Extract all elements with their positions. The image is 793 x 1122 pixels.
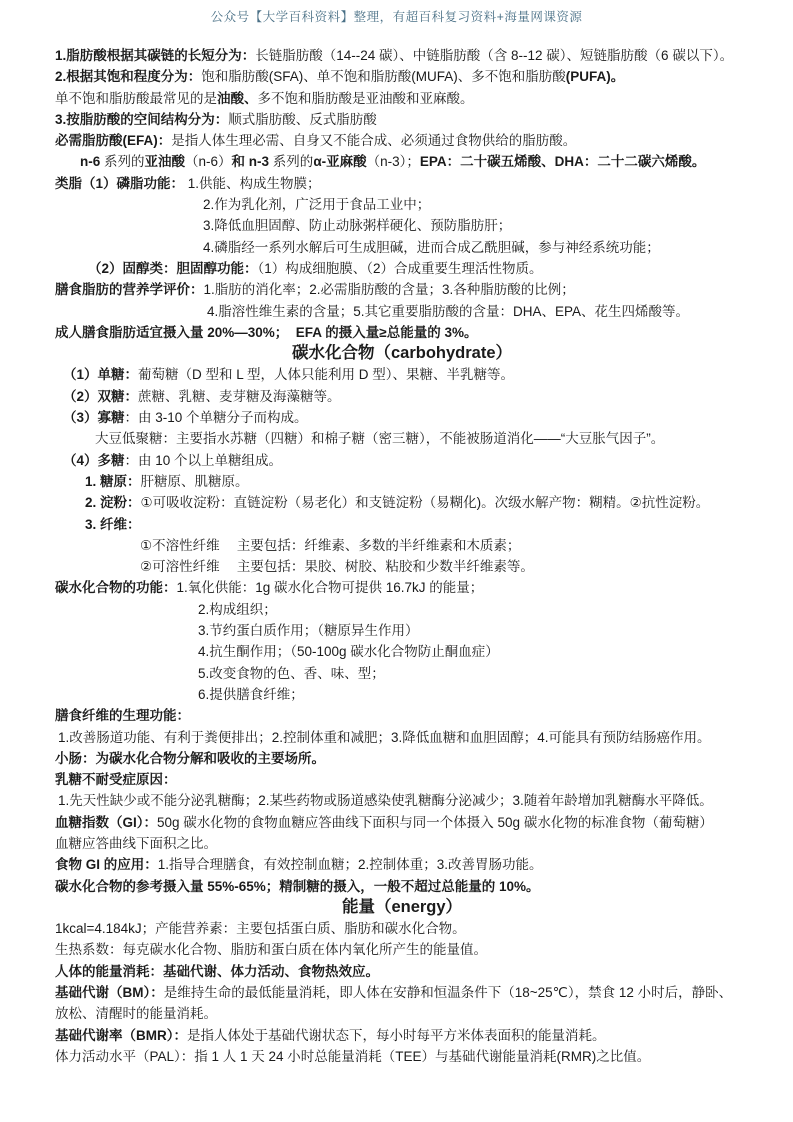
text-segment: 亚油酸	[145, 154, 186, 169]
text-line: 碳水化合物的功能：1.氧化供能：1g 碳水化合物可提供 16.7kJ 的能量；	[55, 577, 749, 598]
text-segment: 3. 纤维：	[85, 517, 141, 532]
text-segment: 1.脂肪酸根据其碳链的长短分为：	[55, 48, 255, 63]
document-page: 公众号【大学百科资料】整理，有超百科复习资料+海量网课资源 1.脂肪酸根据其碳链…	[0, 0, 793, 1122]
text-segment: 油酸、	[217, 91, 258, 106]
text-segment: （3）寡糖	[63, 410, 125, 425]
text-line: 血糖指数（GI）：50g 碳水化物的食物血糖应答曲线下面积与同一个体摄入 50g…	[55, 812, 749, 833]
text-segment: 蔗糖、乳糖、麦芽糖及海藻糖等。	[138, 389, 341, 404]
text-segment: EPA：二十碳五烯酸、DHA：二十二碳六烯酸。	[420, 154, 706, 169]
text-segment: ①不溶性纤维 主要包括：纤维素、多数的半纤维素和木质素；	[140, 538, 520, 553]
text-line: 2.根据其饱和程度分为：饱和脂肪酸(SFA)、单不饱和脂肪酸(MUFA)、多不饱…	[55, 66, 749, 87]
text-line: 膳食脂肪的营养学评价：1.脂肪的消化率；2.必需脂肪酸的含量；3.各种脂肪酸的比…	[55, 279, 749, 300]
text-line: 5.改变食物的色、香、味、型；	[55, 663, 749, 684]
text-segment: 3.按脂肪酸的空间结构分为：	[55, 112, 228, 127]
text-segment: 体力活动水平（PAL）：指 1 人 1 天 24 小时总能量消耗（TEE）与基础…	[55, 1049, 650, 1064]
text-line: 1.先天性缺少或不能分泌乳糖酶；2.某些药物或肠道感染使乳糖酶分泌减少；3.随着…	[55, 790, 749, 811]
text-segment: ②可溶性纤维 主要包括：果胶、树胶、粘胶和少数半纤维素等。	[140, 559, 534, 574]
text-segment: （1）单糖：	[63, 367, 138, 382]
text-segment: 基础代谢率（BMR）：	[55, 1028, 187, 1043]
text-segment: 血糖应答曲线下面积之比。	[55, 836, 217, 851]
text-line: 4.脂溶性维生素的含量；5.其它重要脂肪酸的含量：DHA、EPA、花生四烯酸等。	[55, 301, 749, 322]
text-segment: n-6	[80, 154, 100, 169]
text-line: 1.改善肠道功能、有利于粪便排出；2.控制体重和减肥；3.降低血糖和血胆固醇；4…	[55, 727, 749, 748]
text-segment: 1. 糖原：	[85, 474, 141, 489]
text-segment: 小肠：为碳水化合物分解和吸收的主要场所。	[55, 751, 325, 766]
text-segment: 2.根据其饱和程度分为：	[55, 69, 201, 84]
text-segment: （4）多糖	[63, 453, 125, 468]
text-line: 大豆低聚糖：主要指水苏糖（四糖）和棉子糖（密三糖），不能被肠道消化——“大豆胀气…	[55, 428, 749, 449]
text-line: （2）双糖：蔗糖、乳糖、麦芽糖及海藻糖等。	[55, 386, 749, 407]
text-segment: 单不饱和脂肪酸最常见的是	[55, 91, 217, 106]
text-segment: 顺式脂肪酸、反式脂肪酸	[228, 112, 377, 127]
text-segment: 1.氧化供能：1g 碳水化合物可提供 16.7kJ 的能量；	[177, 580, 484, 595]
text-line: 类脂（1）磷脂功能： 1.供能、构成生物膜；	[55, 173, 749, 194]
text-segment: 1.脂肪的消化率；2.必需脂肪酸的含量；3.各种脂肪酸的比例；	[204, 282, 575, 297]
text-line: 基础代谢（BM）：是维持生命的最低能量消耗，即人体在安静和恒温条件下（18~25…	[55, 982, 749, 1003]
text-segment: 基础代谢（BM）：	[55, 985, 164, 1000]
text-line: 人体的能量消耗：基础代谢、体力活动、食物热效应。	[55, 961, 749, 982]
text-segment: 50g 碳水化物的食物血糖应答曲线下面积与同一个体摄入 50g 碳水化物的标准食…	[157, 815, 713, 830]
text-segment: 肝糖原、肌糖原。	[141, 474, 249, 489]
text-line: 3.按脂肪酸的空间结构分为：顺式脂肪酸、反式脂肪酸	[55, 109, 749, 130]
text-segment: 2.作为乳化剂，广泛用于食品工业中；	[203, 197, 430, 212]
text-segment: 放松、清醒时的能量消耗。	[55, 1006, 217, 1021]
text-line: 6.提供膳食纤维；	[55, 684, 749, 705]
text-line: 3.降低血胆固醇、防止动脉粥样硬化、预防脂肪肝；	[55, 215, 749, 236]
text-segment: 膳食脂肪的营养学评价：	[55, 282, 204, 297]
text-line: 碳水化合物的参考摄入量 55%-65%；精制糖的摄入，一般不超过总能量的 10%…	[55, 876, 749, 897]
document-body: 1.脂肪酸根据其碳链的长短分为：长链脂肪酸（14--24 碳）、中链脂肪酸（含 …	[0, 25, 793, 1067]
text-segment: α-亚麻酸	[313, 154, 366, 169]
text-segment: 大豆低聚糖：主要指水苏糖（四糖）和棉子糖（密三糖），不能被肠道消化——“大豆胀气…	[95, 431, 664, 446]
text-line: n-6 系列的亚油酸（n-6）和 n-3 系列的α-亚麻酸（n-3）；EPA：二…	[55, 151, 749, 172]
text-segment: 饱和脂肪酸(SFA)、单不饱和脂肪酸(MUFA)、多不饱和脂肪酸	[201, 69, 566, 84]
text-line: ②可溶性纤维 主要包括：果胶、树胶、粘胶和少数半纤维素等。	[55, 556, 749, 577]
text-segment: 和 n-3	[232, 154, 270, 169]
text-line: 2. 淀粉：①可吸收淀粉：直链淀粉（易老化）和支链淀粉（易糊化)。次级水解产物：…	[55, 492, 749, 513]
text-line: 1. 糖原：肝糖原、肌糖原。	[55, 471, 749, 492]
text-segment: 5.改变食物的色、香、味、型；	[198, 666, 385, 681]
text-line: 生热系数：每克碳水化合物、脂肪和蛋白质在体内氧化所产生的能量值。	[55, 939, 749, 960]
text-line: 血糖应答曲线下面积之比。	[55, 833, 749, 854]
text-segment: ：由 10 个以上单糖组成。	[125, 453, 283, 468]
text-segment: 葡萄糖（D 型和 L 型，人体只能利用 D 型）、果糖、半乳糖等。	[138, 367, 514, 382]
page-header-note: 公众号【大学百科资料】整理，有超百科复习资料+海量网课资源	[0, 0, 793, 25]
text-line: 基础代谢率（BMR）：是指人体处于基础代谢状态下，每小时每平方米体表面积的能量消…	[55, 1025, 749, 1046]
text-segment: 必需脂肪酸(EFA)：	[55, 133, 171, 148]
text-segment: 乳糖不耐受症原因：	[55, 772, 177, 787]
text-segment: 人体的能量消耗：基础代谢、体力活动、食物热效应。	[55, 964, 379, 979]
text-segment: 碳水化合物（carbohydrate）	[292, 344, 512, 362]
text-segment: ：由 3-10 个单糖分子而构成。	[125, 410, 308, 425]
text-segment: (PUFA)。	[566, 69, 625, 84]
text-segment: 4.脂溶性维生素的含量；5.其它重要脂肪酸的含量：DHA、EPA、花生四烯酸等。	[207, 304, 689, 319]
text-line: （1）单糖：葡萄糖（D 型和 L 型，人体只能利用 D 型）、果糖、半乳糖等。	[55, 364, 749, 385]
text-line: （2）固醇类：胆固醇功能：（1）构成细胞膜、（2）合成重要生理活性物质。	[55, 258, 749, 279]
text-line: 1.脂肪酸根据其碳链的长短分为：长链脂肪酸（14--24 碳）、中链脂肪酸（含 …	[55, 45, 749, 66]
text-segment: 4.磷脂经一系列水解后可生成胆碱，进而合成乙酰胆碱，参与神经系统功能；	[203, 240, 660, 255]
text-line: （3）寡糖：由 3-10 个单糖分子而构成。	[55, 407, 749, 428]
text-line: 3. 纤维：	[55, 514, 749, 535]
text-line: 体力活动水平（PAL）：指 1 人 1 天 24 小时总能量消耗（TEE）与基础…	[55, 1046, 749, 1067]
text-segment: 血糖指数（GI）：	[55, 815, 157, 830]
text-line: 食物 GI 的应用：1.指导合理膳食，有效控制血糖；2.控制体重；3.改善胃肠功…	[55, 854, 749, 875]
text-segment: 1.指导合理膳食，有效控制血糖；2.控制体重；3.改善胃肠功能。	[158, 857, 543, 872]
text-segment: 1.先天性缺少或不能分泌乳糖酶；2.某些药物或肠道感染使乳糖酶分泌减少；3.随着…	[58, 793, 713, 808]
text-line: 3.节约蛋白质作用；（糖原异生作用）	[55, 620, 749, 641]
text-segment: （1）构成细胞膜、（2）合成重要生理活性物质。	[258, 261, 543, 276]
text-line: 4.磷脂经一系列水解后可生成胆碱，进而合成乙酰胆碱，参与神经系统功能；	[55, 237, 749, 258]
text-line: 放松、清醒时的能量消耗。	[55, 1003, 749, 1024]
text-line: 必需脂肪酸(EFA)：是指人体生理必需、自身又不能合成、必须通过食物供给的脂肪酸…	[55, 130, 749, 151]
text-segment: 1.改善肠道功能、有利于粪便排出；2.控制体重和减肥；3.降低血糖和血胆固醇；4…	[58, 730, 711, 745]
text-line: 1kcal=4.184kJ；产能营养素：主要包括蛋白质、脂肪和碳水化合物。	[55, 918, 749, 939]
text-segment: 2. 淀粉：	[85, 495, 141, 510]
text-segment: 膳食纤维的生理功能：	[55, 708, 190, 723]
text-segment: （n-6）	[185, 154, 232, 169]
text-segment: （n-3）；	[367, 154, 420, 169]
text-line: 2.构成组织；	[55, 599, 749, 620]
text-segment: 是维持生命的最低能量消耗，即人体在安静和恒温条件下（18~25℃），禁食 12 …	[164, 985, 732, 1000]
text-segment: 是指人体生理必需、自身又不能合成、必须通过食物供给的脂肪酸。	[171, 133, 576, 148]
text-segment: 4.抗生酮作用；（50-100g 碳水化合物防止酮血症）	[198, 644, 499, 659]
text-segment: 系列的	[269, 154, 313, 169]
text-line: 膳食纤维的生理功能：	[55, 705, 749, 726]
text-segment: 成人膳食脂肪适宜摄入量 20%—30%； EFA 的摄入量≥总能量的 3%。	[55, 325, 477, 340]
text-line: 单不饱和脂肪酸最常见的是油酸、多不饱和脂肪酸是亚油酸和亚麻酸。	[55, 88, 749, 109]
text-segment: （2）双糖：	[63, 389, 138, 404]
text-segment: 碳水化合物的功能：	[55, 580, 177, 595]
section-heading: 碳水化合物（carbohydrate）	[55, 343, 749, 364]
text-segment: 1kcal=4.184kJ；产能营养素：主要包括蛋白质、脂肪和碳水化合物。	[55, 921, 466, 936]
text-line: （4）多糖：由 10 个以上单糖组成。	[55, 450, 749, 471]
text-line: ①不溶性纤维 主要包括：纤维素、多数的半纤维素和木质素；	[55, 535, 749, 556]
text-segment: 2.构成组织；	[198, 602, 277, 617]
text-segment: 长链脂肪酸（14--24 碳）、中链脂肪酸（含 8--12 碳）、短链脂肪酸（6…	[255, 48, 733, 63]
text-segment: 多不饱和脂肪酸是亚油酸和亚麻酸。	[258, 91, 474, 106]
text-segment: 食物 GI 的应用：	[55, 857, 158, 872]
text-line: 4.抗生酮作用；（50-100g 碳水化合物防止酮血症）	[55, 641, 749, 662]
text-segment: 6.提供膳食纤维；	[198, 687, 304, 702]
text-line: 小肠：为碳水化合物分解和吸收的主要场所。	[55, 748, 749, 769]
text-line: 乳糖不耐受症原因：	[55, 769, 749, 790]
text-segment: 碳水化合物的参考摄入量 55%-65%；精制糖的摄入，一般不超过总能量的 10%…	[55, 879, 540, 894]
text-segment: （2）固醇类：胆固醇功能：	[88, 261, 258, 276]
text-segment: 3.节约蛋白质作用；（糖原异生作用）	[198, 623, 419, 638]
text-line: 2.作为乳化剂，广泛用于食品工业中；	[55, 194, 749, 215]
text-segment: 1.供能、构成生物膜；	[184, 176, 321, 191]
text-segment: 是指人体处于基础代谢状态下，每小时每平方米体表面积的能量消耗。	[187, 1028, 606, 1043]
section-heading: 能量（energy）	[55, 897, 749, 918]
text-segment: 生热系数：每克碳水化合物、脂肪和蛋白质在体内氧化所产生的能量值。	[55, 942, 487, 957]
text-segment: ①可吸收淀粉：直链淀粉（易老化）和支链淀粉（易糊化)。次级水解产物：糊精。②抗性…	[141, 495, 710, 510]
text-segment: 能量（energy）	[342, 898, 462, 916]
text-line: 成人膳食脂肪适宜摄入量 20%—30%； EFA 的摄入量≥总能量的 3%。	[55, 322, 749, 343]
text-segment: 3.降低血胆固醇、防止动脉粥样硬化、预防脂肪肝；	[203, 218, 511, 233]
text-segment: 系列的	[100, 154, 144, 169]
text-segment: 类脂（1）磷脂功能：	[55, 176, 184, 191]
